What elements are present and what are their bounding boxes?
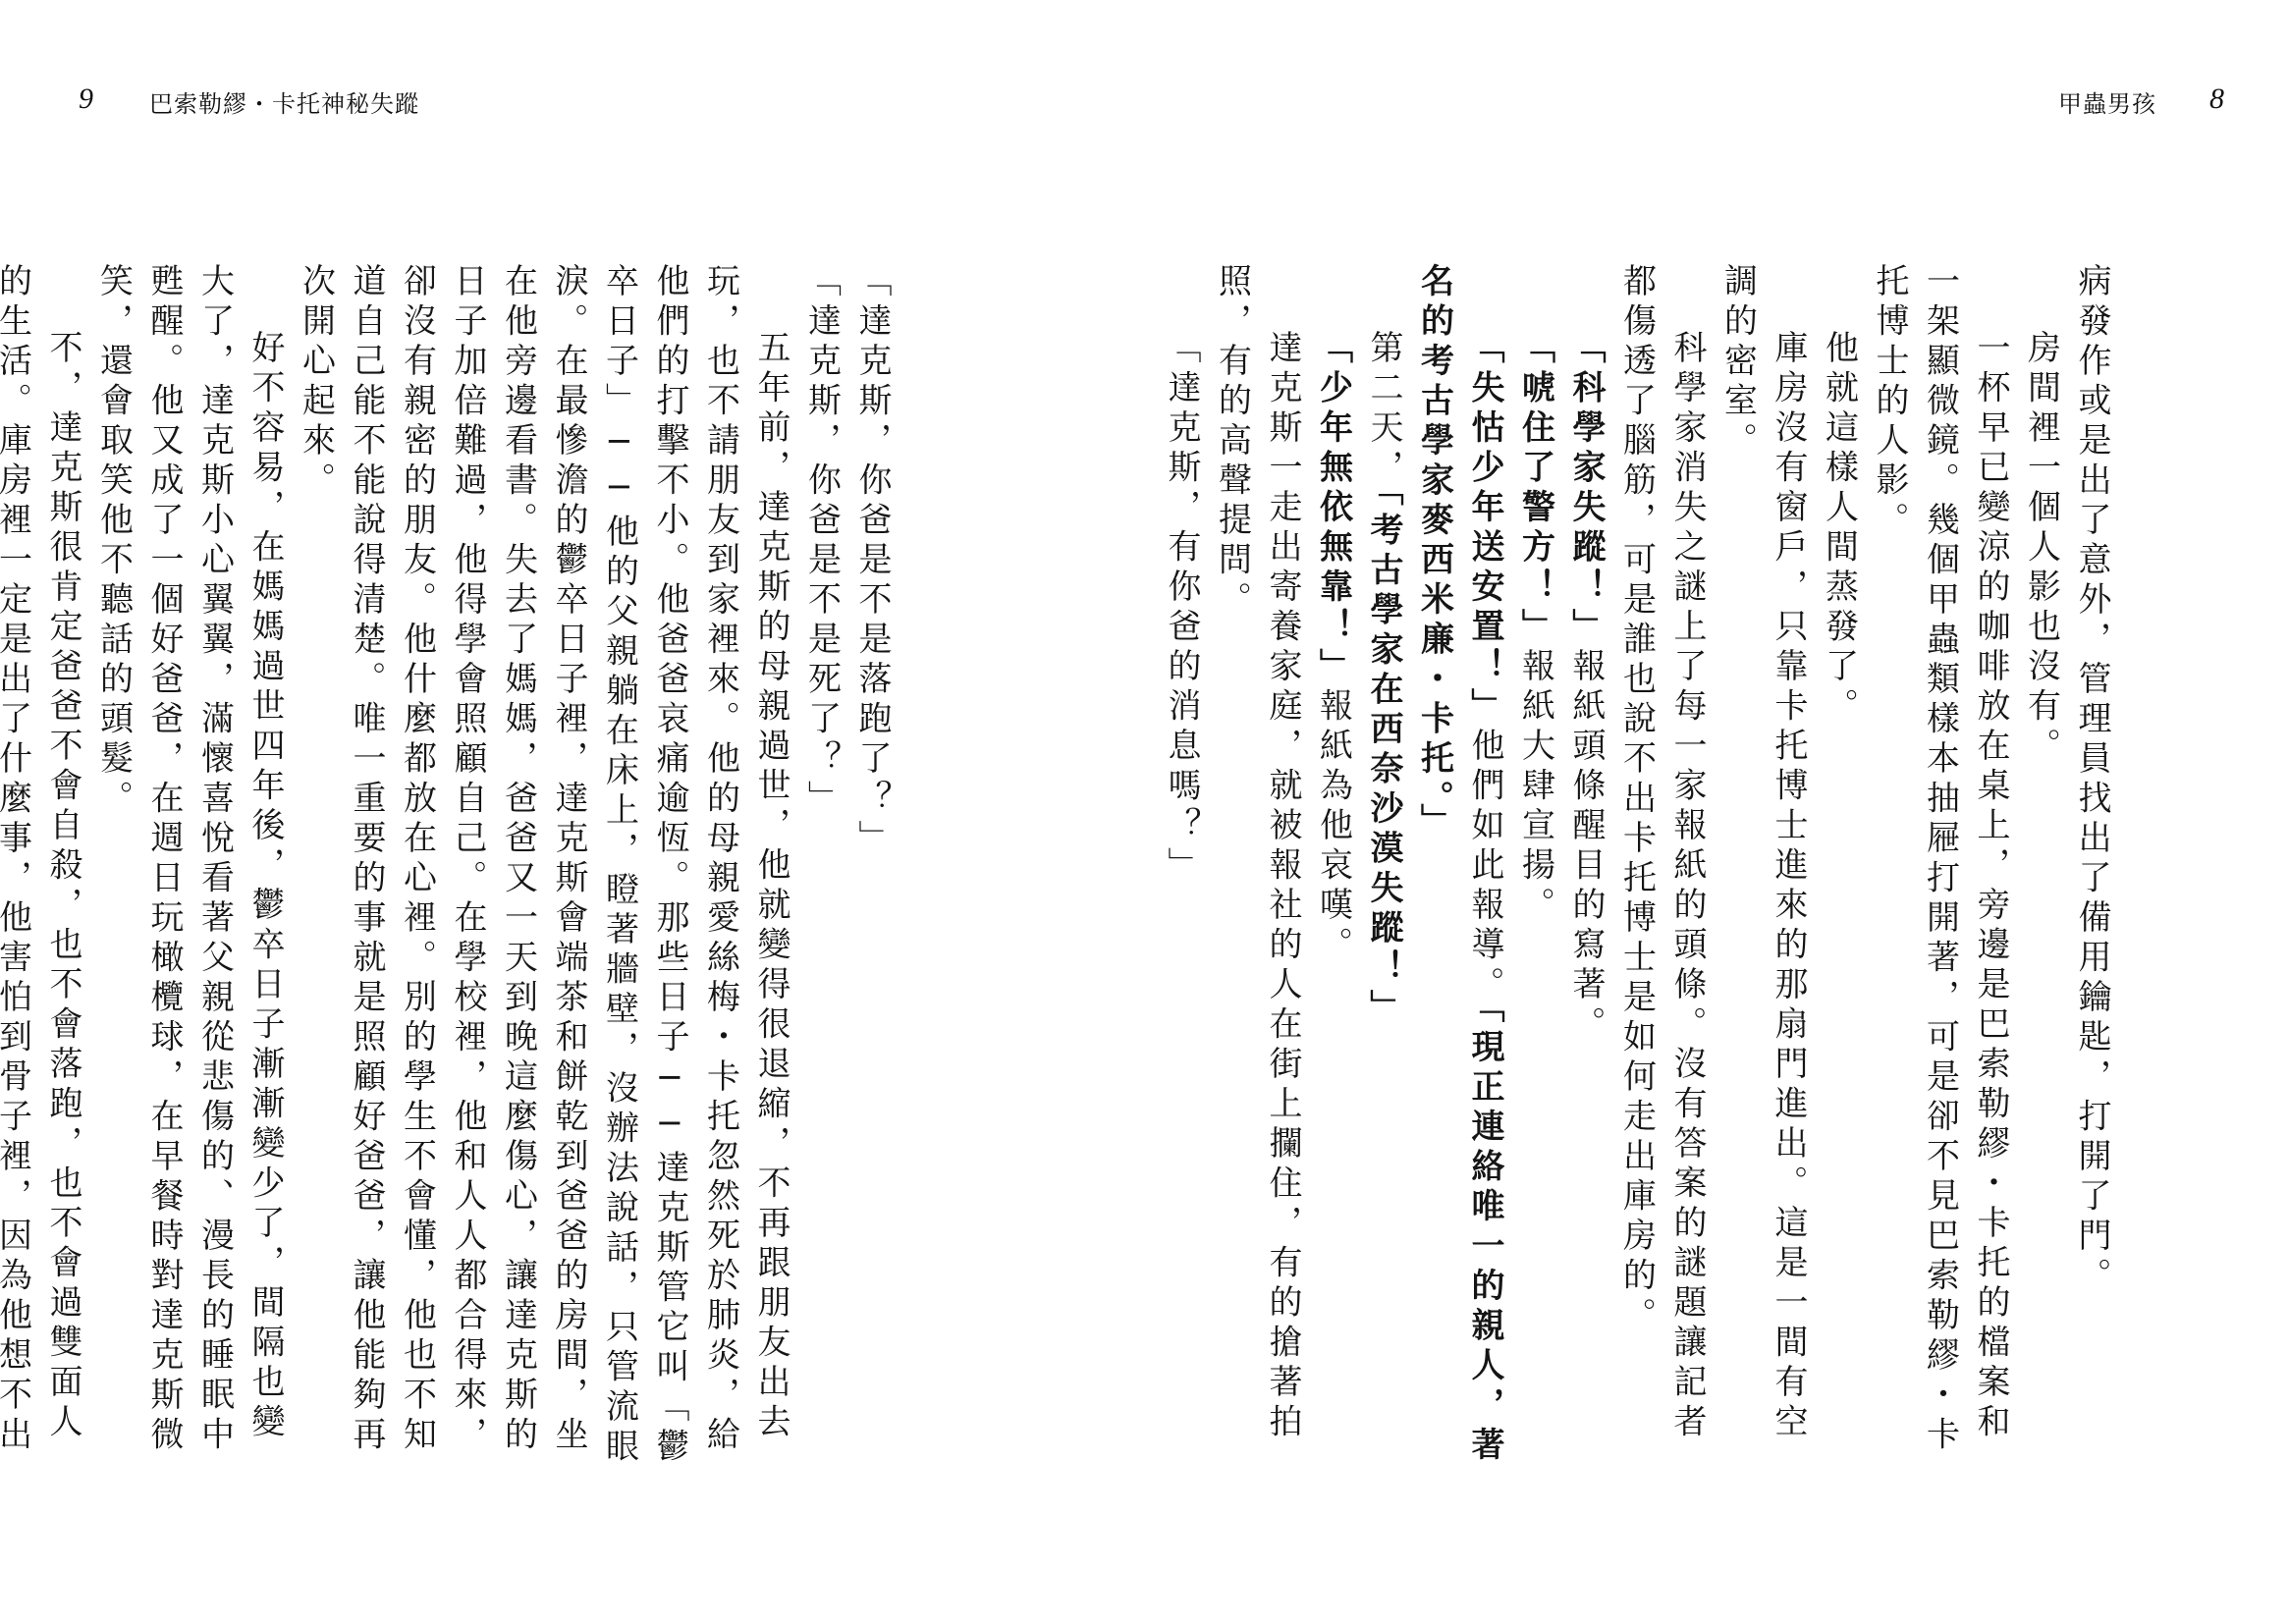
narration: 他們如此報導。 [1465, 728, 1504, 1006]
headline-paragraph: 「科學家失蹤！」報紙頭條醒目的寫著。 [1560, 263, 1611, 1471]
paragraph: 科學家消失之謎上了每一家報紙的頭條。沒有答案的謎題讓記者都傷透了腦筋，可是誰也說… [1610, 263, 1712, 1471]
newspaper-headline: 「考古學家在西奈沙漠失蹤！」 [1364, 489, 1403, 1029]
paragraph: 病發作或是出了意外，管理員找出了備用鑰匙，打開了門。 [2066, 263, 2117, 1471]
paragraph: 一杯早已變涼的咖啡放在桌上，旁邊是巴索勒繆・卡托的檔案和一架顯微鏡。幾個甲蟲類樣… [1864, 263, 2016, 1471]
paragraph: 房間裡一個人影也沒有。 [2015, 263, 2066, 1471]
paragraph: 五年前，達克斯的母親過世，他就變得很退縮，不再跟朋友出去玩，也不請朋友到家裡來。… [290, 263, 795, 1471]
left-page: 9 巴索勒繆・卡托神秘失蹤 「達克斯，你爸是不是落跑了？」 「達克斯，你爸是不是… [0, 0, 1144, 1624]
body-text: 病發作或是出了意外，管理員找出了備用鑰匙，打開了門。 房間裡一個人影也沒有。 一… [1370, 263, 2116, 1471]
newspaper-headline: 「唬住了警方！」 [1516, 330, 1555, 648]
paragraph: 「達克斯，你爸是不是落跑了？」 [846, 263, 898, 1471]
paragraph: 「達克斯，有你爸的消息嗎？」 [1156, 263, 1207, 1471]
newspaper-headline: 「科學家失蹤！」 [1566, 330, 1606, 648]
newspaper-headline: 「少年無依無靠！」 [1314, 330, 1353, 688]
right-page: 甲蟲男孩 8 病發作或是出了意外，管理員找出了備用鑰匙，打開了門。 房間裡一個人… [1145, 0, 2289, 1624]
paragraph: 好不容易，在媽媽過世四年後，鬱卒日子漸漸變少了，間隔也變大了，達克斯小心翼翼，滿… [87, 263, 290, 1471]
narration: 報紙大肆宣揚。 [1516, 648, 1555, 927]
headline-paragraph: 「失怙少年送安置！」他們如此報導。「現正連絡唯一的親人，著名的考古學家麥西米廉・… [1408, 263, 1509, 1471]
paragraph: 「達克斯，你爸是不是死了？」 [795, 263, 846, 1471]
paragraph: 他就這樣人間蒸發了。 [1813, 263, 1864, 1471]
page-number: 8 [2209, 82, 2224, 116]
headline-paragraph: 「少年無依無靠！」報紙為他哀嘆。 [1307, 263, 1358, 1471]
book-spread: 9 巴索勒繆・卡托神秘失蹤 「達克斯，你爸是不是落跑了？」 「達克斯，你爸是不是… [0, 0, 2289, 1624]
running-header-title: 甲蟲男孩 [2058, 84, 2156, 119]
narration: 報紙為他哀嘆。 [1314, 688, 1353, 967]
newspaper-headline: 「失怙少年送安置！」 [1465, 330, 1504, 728]
paragraph: 不，達克斯很肯定爸爸不會自殺，也不會落跑，也不會過雙面人的生活。庫房裡一定是出了… [0, 263, 87, 1471]
running-header-title: 巴索勒繆・卡托神秘失蹤 [149, 84, 419, 119]
narration: 報紙頭條醒目的寫著。 [1566, 648, 1606, 1046]
headline-paragraph: 第二天，「考古學家在西奈沙漠失蹤！」 [1358, 263, 1409, 1471]
headline-paragraph: 「唬住了警方！」報紙大肆宣揚。 [1509, 263, 1560, 1471]
narration: 第二天， [1364, 330, 1403, 489]
paragraph: 庫房沒有窗戶，只靠卡托博士進來的那扇門進出。這是一間有空調的密室。 [1712, 263, 1813, 1471]
page-number: 9 [79, 82, 93, 116]
paragraph: 達克斯一走出寄養家庭，就被報社的人在街上攔住，有的搶著拍照，有的高聲提問。 [1206, 263, 1307, 1471]
body-text: 「達克斯，你爸是不是落跑了？」 「達克斯，你爸是不是死了？」 五年前，達克斯的母… [170, 263, 897, 1471]
